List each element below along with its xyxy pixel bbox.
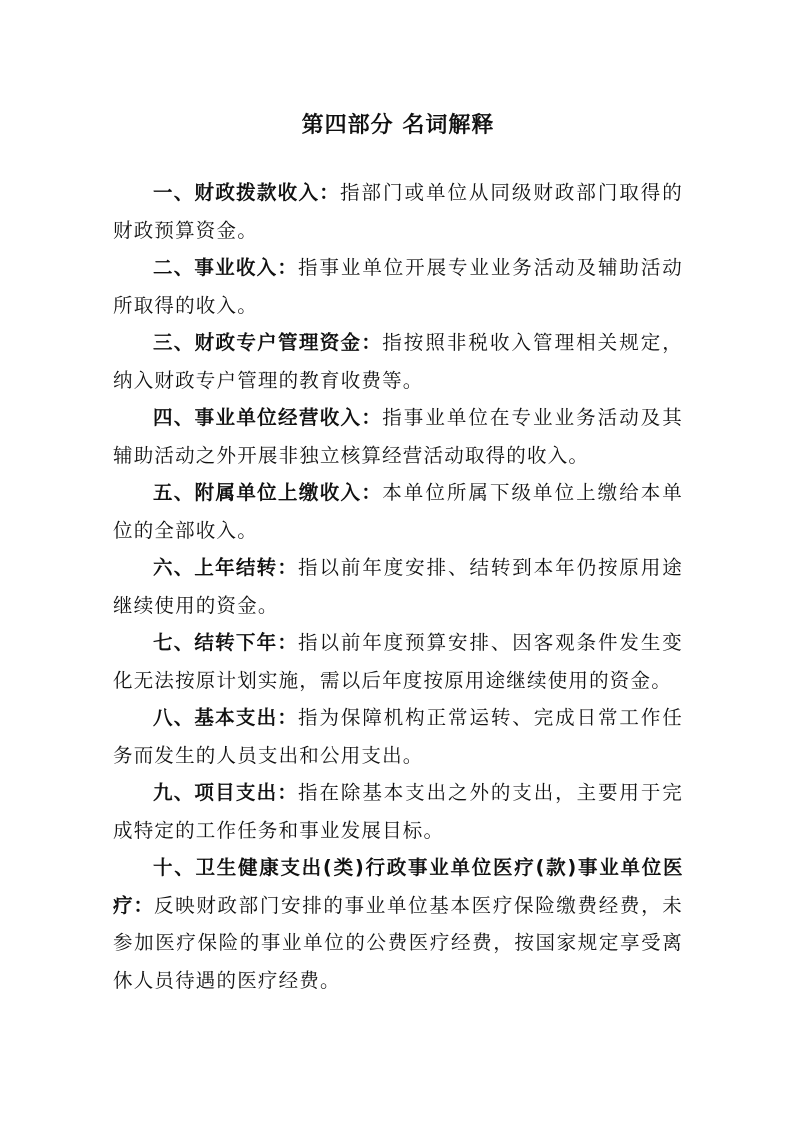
entry-5: 五、附属单位上缴收入：本单位所属下级单位上缴给本单位的全部收入。 — [113, 474, 683, 549]
entry-10: 十、卫生健康支出(类)行政事业单位医疗(款)事业单位医疗：反映财政部门安排的事业… — [113, 849, 683, 999]
entry-term: 三、财政专户管理资金： — [153, 331, 382, 354]
entry-term: 五、附属单位上缴收入： — [153, 481, 382, 504]
entry-4: 四、事业单位经营收入：指事业单位在专业业务活动及其辅助活动之外开展非独立核算经营… — [113, 399, 683, 474]
document-page: 第四部分 名词解释 一、财政拨款收入：指部门或单位从同级财政部门取得的财政预算资… — [113, 108, 683, 999]
entry-term: 二、事业收入： — [153, 256, 298, 279]
entry-definition: 反映财政部门安排的事业单位基本医疗保险缴费经费，未参加医疗保险的事业单位的公费医… — [113, 894, 683, 992]
entry-term: 七、结转下年： — [153, 631, 298, 654]
entry-term: 一、财政拨款收入： — [153, 181, 340, 204]
entry-6: 六、上年结转：指以前年度安排、结转到本年仍按原用途继续使用的资金。 — [113, 549, 683, 624]
page-title: 第四部分 名词解释 — [113, 108, 683, 144]
entry-7: 七、结转下年：指以前年度预算安排、因客观条件发生变化无法按原计划实施，需以后年度… — [113, 624, 683, 699]
entry-term: 八、基本支出： — [153, 706, 298, 729]
entry-3: 三、财政专户管理资金：指按照非税收入管理相关规定，纳入财政专户管理的教育收费等。 — [113, 324, 683, 399]
entry-term: 九、项目支出： — [153, 781, 298, 804]
entry-2: 二、事业收入：指事业单位开展专业业务活动及辅助活动所取得的收入。 — [113, 249, 683, 324]
entry-term: 六、上年结转： — [153, 556, 298, 579]
entry-9: 九、项目支出：指在除基本支出之外的支出，主要用于完成特定的工作任务和事业发展目标… — [113, 774, 683, 849]
entry-1: 一、财政拨款收入：指部门或单位从同级财政部门取得的财政预算资金。 — [113, 174, 683, 249]
entry-term: 四、事业单位经营收入： — [153, 406, 382, 429]
entry-8: 八、基本支出：指为保障机构正常运转、完成日常工作任务而发生的人员支出和公用支出。 — [113, 699, 683, 774]
